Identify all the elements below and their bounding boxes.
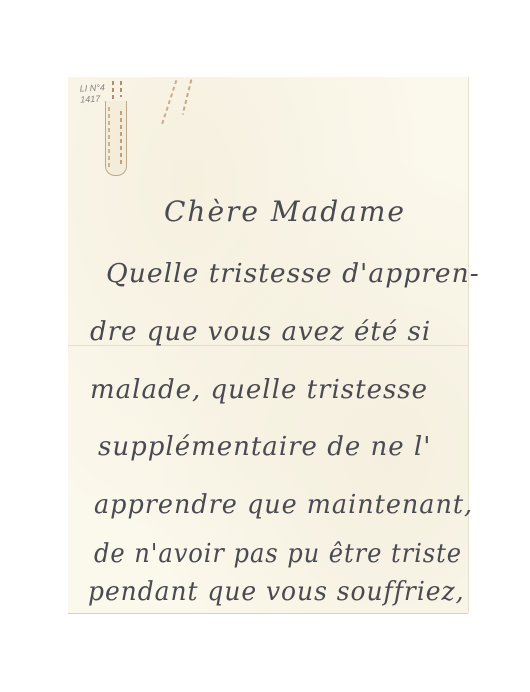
letter-body: Chère Madame Quelle tristesse d'appren- … [68,77,468,613]
letter-line: apprendre que maintenant, [94,490,473,520]
letter-line: de n'avoir pas pu être triste [94,539,462,569]
salutation: Chère Madame [164,195,406,228]
letter-line: supplémentaire de ne l' [98,432,431,462]
letter-line: dre que vous avez été si [90,317,431,347]
letter-line: malade, quelle tristesse [90,375,428,405]
letter-line: Quelle tristesse d'appren- [106,259,480,289]
letter-line: pendant que vous souffriez, [88,577,465,607]
letter-page: LI N°4 1417 Chère Madame Quelle tristess… [68,77,468,613]
